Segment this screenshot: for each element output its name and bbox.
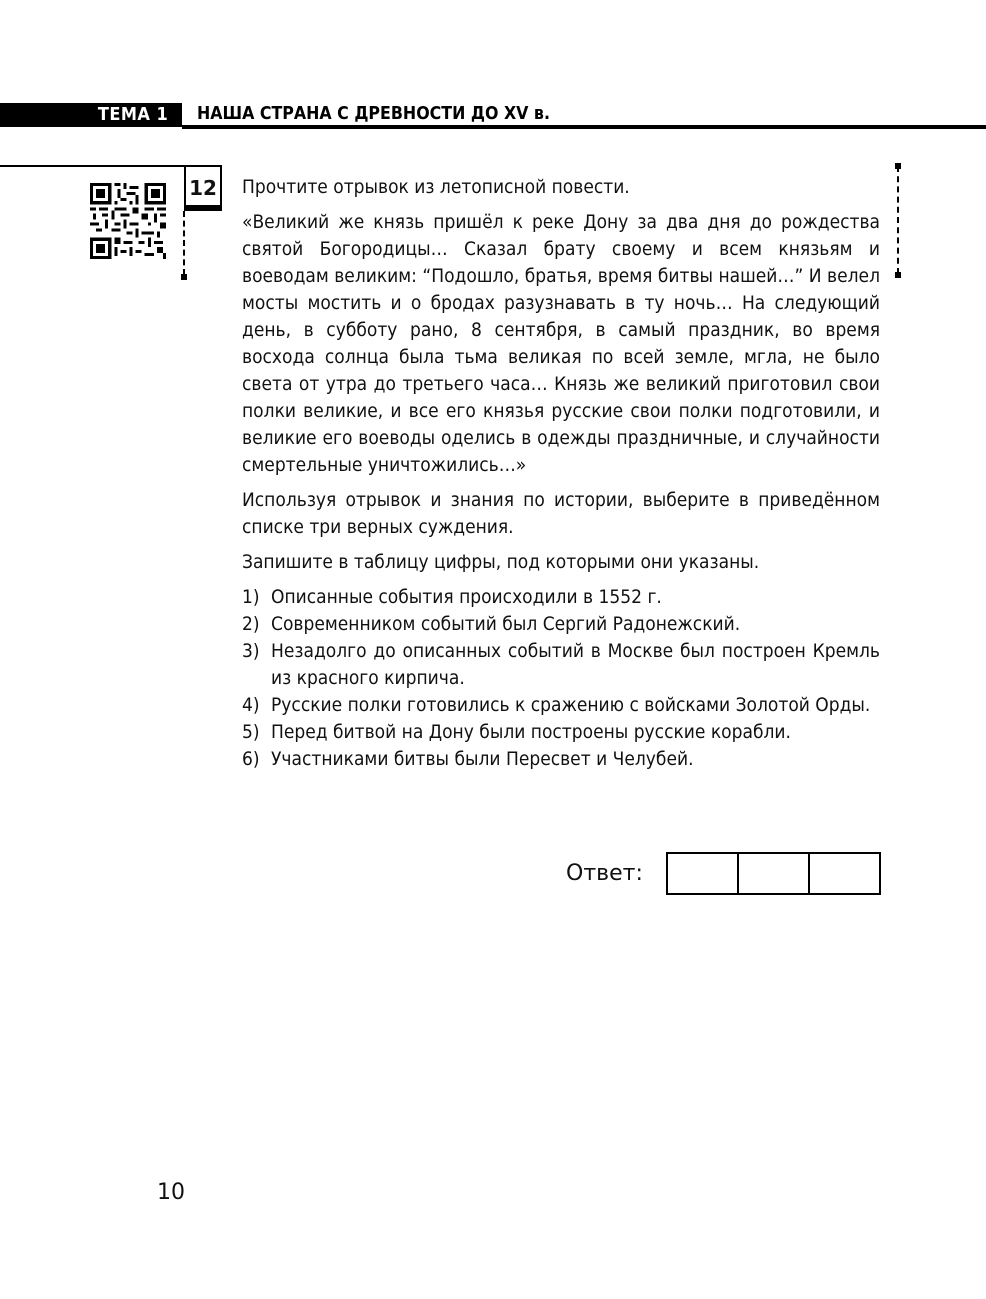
left-dashed-line — [183, 211, 185, 275]
task-frame-top-rule — [0, 165, 184, 167]
option-item: 1)Описанные события происходили в 1552 г… — [242, 584, 880, 611]
right-dashed-line — [897, 166, 899, 274]
task-content: Прочтите отрывок из летописной повести. … — [242, 174, 880, 773]
answer-cell-1[interactable] — [667, 853, 738, 894]
task-instruction: Запишите в таблицу цифры, под которыми о… — [242, 549, 880, 576]
answer-label: Ответ: — [566, 861, 643, 886]
option-text: Описанные события происходили в 1552 г. — [271, 586, 662, 608]
task-number-underbar — [184, 205, 222, 211]
option-item: 4)Русские полки готовились к сражению с … — [242, 692, 880, 719]
option-number: 3) — [242, 638, 260, 665]
option-text: Перед битвой на Дону были построены русс… — [271, 721, 791, 743]
right-dashed-line-cap-bottom — [895, 272, 901, 278]
topic-label: ТЕМА 1 — [98, 104, 168, 125]
topic-label-bar: ТЕМА 1 — [0, 103, 182, 127]
option-text: Современником событий был Сергий Радонеж… — [271, 613, 740, 635]
task-intro: Прочтите отрывок из летописной повести. — [242, 174, 880, 201]
task-number: 12 — [186, 176, 220, 200]
header-rule — [182, 125, 986, 129]
options-list: 1)Описанные события происходили в 1552 г… — [242, 584, 880, 773]
topic-title: НАША СТРАНА С ДРЕВНОСТИ ДО XV в. — [197, 103, 550, 124]
option-text: Русские полки готовились к сражению с во… — [271, 694, 870, 716]
chronicle-quote: «Великий же князь пришёл к реке Дону за … — [242, 209, 880, 479]
option-number: 1) — [242, 584, 260, 611]
option-number: 5) — [242, 719, 260, 746]
option-item: 3)Незадолго до описанных событий в Москв… — [242, 638, 880, 692]
option-text: Участниками битвы были Пересвет и Челубе… — [271, 748, 694, 770]
page-number: 10 — [157, 1180, 185, 1205]
answer-table — [666, 852, 881, 895]
answer-cell-2[interactable] — [738, 853, 809, 894]
task-question: Используя отрывок и знания по истории, в… — [242, 487, 880, 541]
option-item: 2)Современником событий был Сергий Радон… — [242, 611, 880, 638]
qr-code-icon[interactable] — [90, 183, 166, 259]
left-dashed-line-end — [181, 274, 187, 280]
option-number: 2) — [242, 611, 260, 638]
option-item: 5)Перед битвой на Дону были построены ру… — [242, 719, 880, 746]
option-text: Незадолго до описанных событий в Москве … — [271, 640, 880, 689]
option-number: 6) — [242, 746, 260, 773]
answer-cell-3[interactable] — [809, 853, 880, 894]
task-number-box: 12 — [184, 165, 222, 207]
option-number: 4) — [242, 692, 260, 719]
option-item: 6)Участниками битвы были Пересвет и Челу… — [242, 746, 880, 773]
